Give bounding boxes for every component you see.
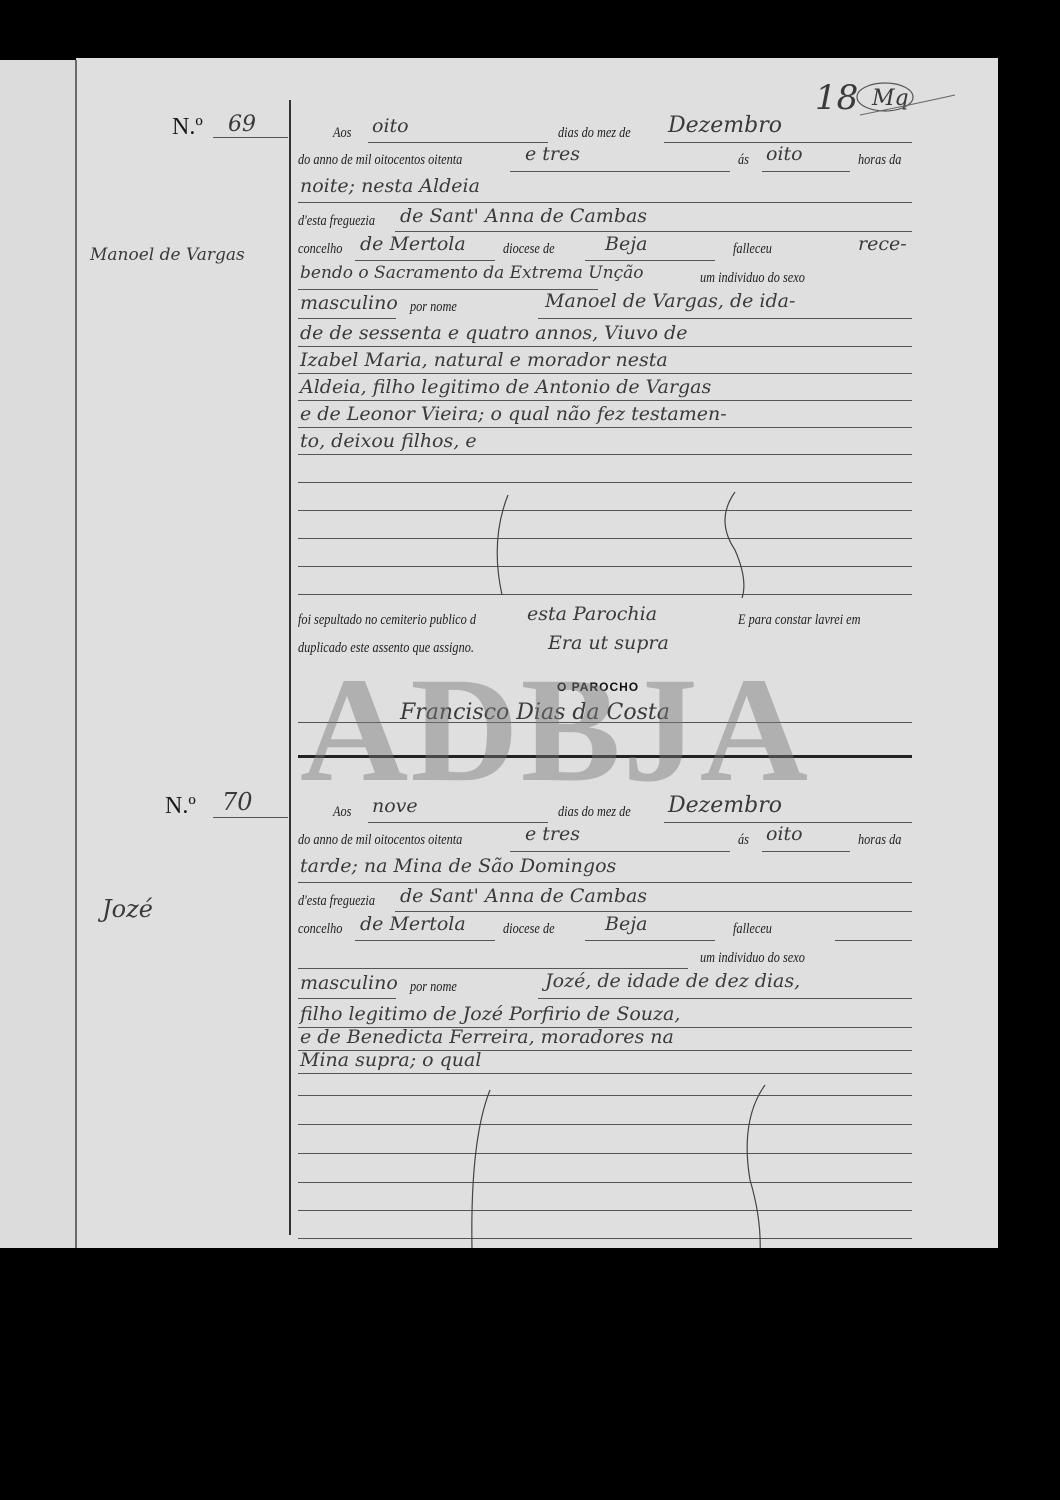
month-value: Dezembro: [668, 113, 782, 138]
label-individuo: um individuo do sexo: [700, 950, 805, 967]
concelho-value: de Mertola: [360, 233, 466, 255]
label-nome: por nome: [410, 979, 457, 996]
rule: [510, 171, 730, 172]
rule: [298, 202, 912, 203]
rule: [298, 594, 912, 595]
label-individuo: um individuo do sexo: [700, 270, 805, 287]
rule: [368, 142, 548, 143]
parish-value: de Sant' Anna de Cambas: [400, 205, 647, 227]
rule: [298, 318, 396, 319]
label-falleceu: falleceu: [733, 921, 772, 938]
rule: [298, 454, 912, 455]
rule: [298, 1073, 912, 1074]
rule: [585, 260, 715, 261]
body-line: to, deixou filhos, e: [300, 430, 477, 452]
body-line: Aldeia, filho legitimo de Antonio de Var…: [300, 376, 711, 398]
rule: [298, 968, 688, 969]
body-line: Izabel Maria, natural e morador nesta: [300, 349, 668, 371]
year-value: e tres: [525, 823, 580, 845]
body-line: filho legitimo de Jozé Porfirio de Souza…: [300, 1003, 680, 1025]
rule: [298, 400, 912, 401]
sex-value: masculino: [300, 972, 398, 994]
hour-value: oito: [766, 143, 803, 165]
rule: [298, 1182, 912, 1183]
rule: [213, 817, 288, 818]
rule: [510, 851, 730, 852]
entry-number: 69: [228, 112, 256, 137]
rule: [538, 318, 912, 319]
rule: [355, 260, 495, 261]
label-concelho: concelho: [298, 921, 342, 938]
rule: [298, 482, 912, 483]
diocese-value: Beja: [605, 913, 647, 935]
folio-number: 18: [815, 78, 858, 118]
label-diocese: diocese de: [503, 921, 555, 938]
rule: [355, 940, 495, 941]
day-value: nove: [372, 795, 418, 817]
label-falleceu: falleceu: [733, 241, 772, 258]
place-line: noite; nesta Aldeia: [300, 175, 480, 197]
rule: [298, 427, 912, 428]
folio-initials: Mq: [872, 86, 909, 111]
body-line: de de sessenta e quatro annos, Viuvo de: [300, 322, 687, 344]
rule: [298, 998, 396, 999]
year-value: e tres: [525, 143, 580, 165]
body-line: e de Benedicta Ferreira, moradores na: [300, 1026, 674, 1048]
label-anno: do anno de mil oitocentos oitenta: [298, 152, 462, 169]
hour-value: oito: [766, 823, 803, 845]
rule: [835, 940, 912, 941]
body-line: Mina supra; o qual: [300, 1049, 481, 1071]
label-anno: do anno de mil oitocentos oitenta: [298, 832, 462, 849]
rule: [298, 1153, 912, 1154]
name-value: Jozé, de idade de dez dias,: [545, 970, 800, 992]
label-aos: Aos: [333, 804, 351, 821]
label-as: ás: [738, 832, 749, 849]
label-horas: horas da: [858, 832, 901, 849]
sex-value: masculino: [300, 292, 398, 314]
label-dias: dias do mez de: [558, 804, 631, 821]
label-freguezia: d'esta freguezia: [298, 213, 375, 230]
body-line: e de Leonor Vieira; o qual não fez testa…: [300, 403, 727, 425]
name-value: Manoel de Vargas, de ida-: [545, 290, 795, 312]
left-page-edge: [0, 60, 76, 1250]
rule: [762, 851, 850, 852]
label-concelho: concelho: [298, 241, 342, 258]
falleceu-continuation: rece-: [858, 233, 907, 255]
margin-name: Jozé: [102, 895, 153, 923]
rule: [395, 911, 912, 912]
rule: [538, 998, 912, 999]
rule: [395, 231, 912, 232]
rule: [298, 538, 912, 539]
place-line: tarde; na Mina de São Domingos: [300, 855, 616, 877]
archive-watermark: ADBJA: [300, 655, 810, 805]
parish-value: de Sant' Anna de Cambas: [400, 885, 647, 907]
rule: [368, 822, 548, 823]
month-value: Dezembro: [668, 793, 782, 818]
rule: [298, 1210, 912, 1211]
entry-number-label: N.º: [172, 114, 203, 141]
label-sepultado: foi sepultado no cemiterio publico d: [298, 612, 476, 629]
label-constar: E para constar lavrei em: [738, 612, 861, 629]
cemetery-value: esta Parochia: [527, 603, 657, 625]
label-horas: horas da: [858, 152, 901, 169]
rule: [585, 940, 715, 941]
concelho-value: de Mertola: [360, 913, 466, 935]
day-value: oito: [372, 115, 409, 137]
margin-name: Manoel de Vargas: [90, 245, 245, 265]
book-gutter: [75, 60, 77, 1252]
rule: [298, 1095, 912, 1096]
rule: [298, 373, 912, 374]
column-divider: [289, 100, 291, 1235]
entry-number: 70: [222, 788, 253, 816]
label-dias: dias do mez de: [558, 125, 631, 142]
rule: [298, 1238, 912, 1239]
label-diocese: diocese de: [503, 241, 555, 258]
rule: [298, 510, 912, 511]
label-aos: Aos: [333, 125, 351, 142]
scan-background: [0, 1248, 1060, 1500]
rule: [298, 346, 912, 347]
rule: [298, 1124, 912, 1125]
entry-number-label: N.º: [165, 793, 196, 820]
rule: [298, 566, 912, 567]
label-as: ás: [738, 152, 749, 169]
rule: [213, 137, 288, 138]
sacrament-line: bendo o Sacramento da Extrema Unção: [300, 263, 643, 283]
label-nome: por nome: [410, 299, 457, 316]
label-freguezia: d'esta freguezia: [298, 893, 375, 910]
rule: [762, 171, 850, 172]
diocese-value: Beja: [605, 233, 647, 255]
rule: [298, 882, 912, 883]
